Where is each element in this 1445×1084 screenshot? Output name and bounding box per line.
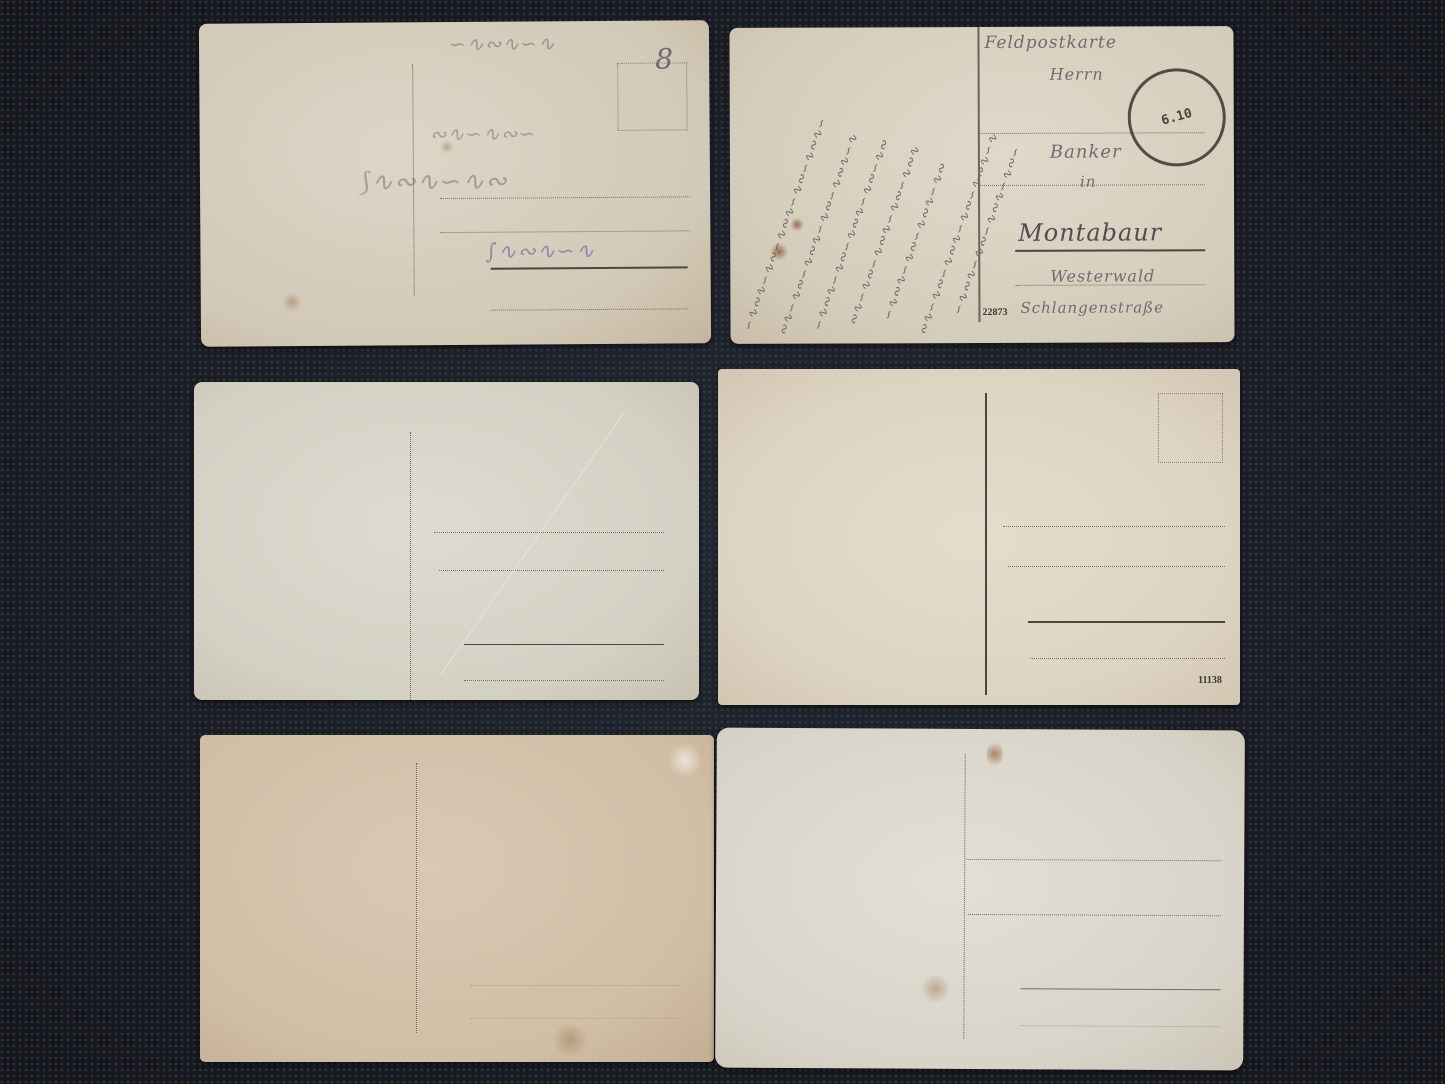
address-line-4 bbox=[491, 308, 688, 310]
handwritten-street: Schlangenstraße bbox=[1020, 298, 1164, 317]
handwritten-address: ∽∿∾∿∽∿ bbox=[449, 31, 556, 56]
handwritten-address: ⟆∿∾∿∽∿∾ bbox=[360, 167, 508, 198]
postcard-top-left: 8 ∽∿∾∿∽∿ ∾∿∽∿∾∽ ⟆∿∾∿∽∿∾ ∫∿∾∿∽∿ bbox=[199, 20, 711, 347]
stamp-box bbox=[617, 62, 687, 130]
handwritten-city: Montabaur bbox=[1018, 218, 1162, 247]
postcard-top-right: 22873 6.10 Feldpostkarte Herrn Banker in… bbox=[729, 26, 1234, 344]
postcard-bottom-right bbox=[715, 728, 1245, 1071]
message-divider bbox=[416, 763, 417, 1033]
address-line-2 bbox=[968, 914, 1221, 916]
printed-catalog-number: 11138 bbox=[1198, 675, 1222, 686]
address-line-3 bbox=[464, 644, 664, 645]
postmark-stamp: 6.10 bbox=[1128, 68, 1226, 166]
handwritten-in: in bbox=[1080, 173, 1097, 191]
postcard-bottom-left bbox=[200, 735, 714, 1062]
address-line-2 bbox=[1008, 566, 1225, 567]
postcard-middle-left bbox=[194, 382, 699, 700]
handwritten-profession: Banker bbox=[1050, 142, 1122, 163]
address-line-3 bbox=[1028, 621, 1225, 623]
address-line-1 bbox=[966, 859, 1221, 861]
address-line-3 bbox=[491, 266, 688, 269]
handwritten-signature: ∫∿∾∿∽∿ bbox=[485, 239, 595, 265]
message-divider bbox=[985, 393, 987, 695]
printed-catalog-number: 22873 bbox=[982, 307, 1007, 318]
stamp-box bbox=[1158, 393, 1223, 463]
handwritten-region: Westerwald bbox=[1050, 266, 1155, 285]
handwritten-header: Feldpostkarte bbox=[984, 33, 1116, 53]
address-line-4 bbox=[1030, 658, 1225, 659]
paper-crease bbox=[440, 412, 624, 675]
address-line-1 bbox=[470, 985, 680, 986]
address-line-4 bbox=[464, 680, 664, 681]
postcard-middle-right: 11138 bbox=[718, 369, 1240, 705]
address-line-1 bbox=[1003, 526, 1225, 527]
handwritten-number: 8 bbox=[655, 42, 674, 75]
message-divider bbox=[963, 754, 965, 1039]
address-line-1 bbox=[434, 532, 664, 533]
address-line-3 bbox=[1021, 988, 1221, 990]
address-line-2 bbox=[439, 570, 664, 571]
address-line-2 bbox=[470, 1018, 680, 1019]
address-line-4 bbox=[1020, 1025, 1220, 1027]
message-divider bbox=[410, 432, 411, 700]
handwritten-salutation: Herrn bbox=[1050, 65, 1104, 84]
address-line-3 bbox=[1015, 249, 1205, 252]
address-line-2 bbox=[440, 230, 690, 233]
